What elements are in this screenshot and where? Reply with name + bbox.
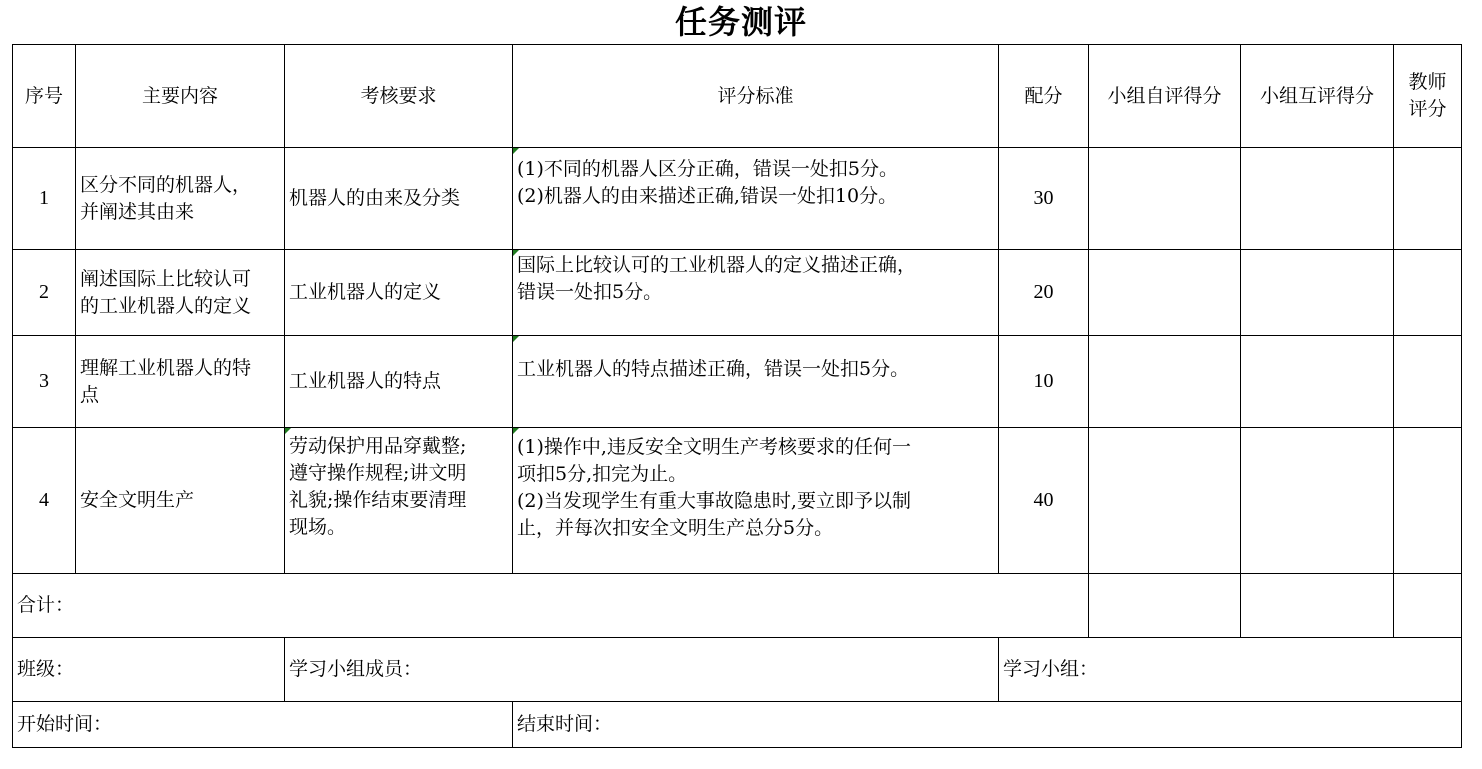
table-row: 3 理解工业机器人的特 点 工业机器人的特点 工业机器人的特点描述正确，错误一处… (13, 336, 1462, 428)
text-line: 项扣5分,扣完为止。 (517, 461, 994, 488)
text-line: 劳动保护用品穿戴整; (289, 433, 508, 460)
row-criteria: 工业机器人的特点描述正确，错误一处扣5分。 (513, 336, 999, 428)
row-requirement: 工业机器人的定义 (285, 250, 513, 336)
row-requirement: 机器人的由来及分类 (285, 148, 513, 250)
header-points: 配分 (999, 45, 1089, 148)
row-requirement: 工业机器人的特点 (285, 336, 513, 428)
header-row: 序号 主要内容 考核要求 评分标准 配分 小组自评得分 小组互评得分 教师 评分 (13, 45, 1462, 148)
group-field[interactable]: 学习小组： (999, 638, 1462, 702)
table-row: 1 区分不同的机器人， 并阐述其由来 机器人的由来及分类 (1)不同的机器人区分… (13, 148, 1462, 250)
row-index: 3 (13, 336, 76, 428)
header-criteria: 评分标准 (513, 45, 999, 148)
total-teacher-score-cell[interactable] (1394, 574, 1462, 638)
row-requirement: 劳动保护用品穿戴整; 遵守操作规程;讲文明 礼貌;操作结束要清理 现场。 (285, 428, 513, 574)
start-time-field[interactable]: 开始时间： (13, 702, 513, 748)
teacher-score-cell[interactable] (1394, 148, 1462, 250)
text-line: 现场。 (289, 514, 508, 541)
peer-score-cell[interactable] (1241, 148, 1394, 250)
row-points: 40 (999, 428, 1089, 574)
total-self-score-cell[interactable] (1089, 574, 1241, 638)
teacher-score-cell[interactable] (1394, 428, 1462, 574)
header-teacher-score: 教师 评分 (1394, 45, 1462, 148)
header-self-score: 小组自评得分 (1089, 45, 1241, 148)
text-line: 止，并每次扣安全文明生产总分5分。 (517, 515, 994, 542)
header-teacher-line2: 评分 (1394, 96, 1461, 123)
peer-score-cell[interactable] (1241, 250, 1394, 336)
self-score-cell[interactable] (1089, 250, 1241, 336)
row-points: 20 (999, 250, 1089, 336)
row-criteria: 国际上比较认可的工业机器人的定义描述正确， 错误一处扣5分。 (513, 250, 999, 336)
time-row: 开始时间： 结束时间： (13, 702, 1462, 748)
header-teacher-line1: 教师 (1394, 69, 1461, 96)
header-peer-score: 小组互评得分 (1241, 45, 1394, 148)
table-row: 2 阐述国际上比较认可 的工业机器人的定义 工业机器人的定义 国际上比较认可的工… (13, 250, 1462, 336)
text-line: 错误一处扣5分。 (517, 279, 994, 306)
text-line: 工业机器人的特点描述正确，错误一处扣5分。 (517, 356, 994, 383)
text-line: 区分不同的机器人， (80, 172, 280, 199)
table-row: 4 安全文明生产 劳动保护用品穿戴整; 遵守操作规程;讲文明 礼貌;操作结束要清… (13, 428, 1462, 574)
row-content: 安全文明生产 (76, 428, 285, 574)
text-line: 工业机器人的特点 (289, 368, 508, 395)
text-line: 遵守操作规程;讲文明 (289, 460, 508, 487)
text-line: 理解工业机器人的特 (80, 355, 280, 382)
text-line: (2)当发现学生有重大事故隐患时,要立即予以制 (517, 488, 994, 515)
teacher-score-cell[interactable] (1394, 250, 1462, 336)
text-line: 工业机器人的定义 (289, 279, 508, 306)
total-row: 合计： (13, 574, 1462, 638)
text-line: 国际上比较认可的工业机器人的定义描述正确， (517, 252, 994, 279)
row-content: 理解工业机器人的特 点 (76, 336, 285, 428)
header-content: 主要内容 (76, 45, 285, 148)
evaluation-table: 序号 主要内容 考核要求 评分标准 配分 小组自评得分 小组互评得分 教师 评分… (12, 44, 1462, 748)
self-score-cell[interactable] (1089, 148, 1241, 250)
self-score-cell[interactable] (1089, 336, 1241, 428)
text-line: 机器人的由来及分类 (289, 185, 508, 212)
row-criteria: (1)不同的机器人区分正确，错误一处扣5分。 (2)机器人的由来描述正确,错误一… (513, 148, 999, 250)
row-criteria: (1)操作中,违反安全文明生产考核要求的任何一 项扣5分,扣完为止。 (2)当发… (513, 428, 999, 574)
header-index: 序号 (13, 45, 76, 148)
row-index: 2 (13, 250, 76, 336)
end-time-field[interactable]: 结束时间： (513, 702, 1462, 748)
class-field[interactable]: 班级： (13, 638, 285, 702)
text-line: 安全文明生产 (80, 487, 280, 514)
info-row: 班级： 学习小组成员： 学习小组： (13, 638, 1462, 702)
row-index: 4 (13, 428, 76, 574)
text-line: (2)机器人的由来描述正确,错误一处扣10分。 (517, 183, 994, 210)
text-line: (1)不同的机器人区分正确，错误一处扣5分。 (517, 156, 994, 183)
row-content: 区分不同的机器人， 并阐述其由来 (76, 148, 285, 250)
text-line: 并阐述其由来 (80, 199, 280, 226)
row-points: 10 (999, 336, 1089, 428)
peer-score-cell[interactable] (1241, 428, 1394, 574)
row-points: 30 (999, 148, 1089, 250)
text-line: 点 (80, 382, 280, 409)
text-line: 的工业机器人的定义 (80, 293, 280, 320)
page-title: 任务测评 (0, 2, 1482, 42)
members-field[interactable]: 学习小组成员： (285, 638, 999, 702)
total-peer-score-cell[interactable] (1241, 574, 1394, 638)
text-line: 礼貌;操作结束要清理 (289, 487, 508, 514)
peer-score-cell[interactable] (1241, 336, 1394, 428)
self-score-cell[interactable] (1089, 428, 1241, 574)
row-index: 1 (13, 148, 76, 250)
row-content: 阐述国际上比较认可 的工业机器人的定义 (76, 250, 285, 336)
text-line: (1)操作中,违反安全文明生产考核要求的任何一 (517, 434, 994, 461)
total-label: 合计： (13, 574, 1089, 638)
text-line: 阐述国际上比较认可 (80, 266, 280, 293)
header-requirement: 考核要求 (285, 45, 513, 148)
teacher-score-cell[interactable] (1394, 336, 1462, 428)
